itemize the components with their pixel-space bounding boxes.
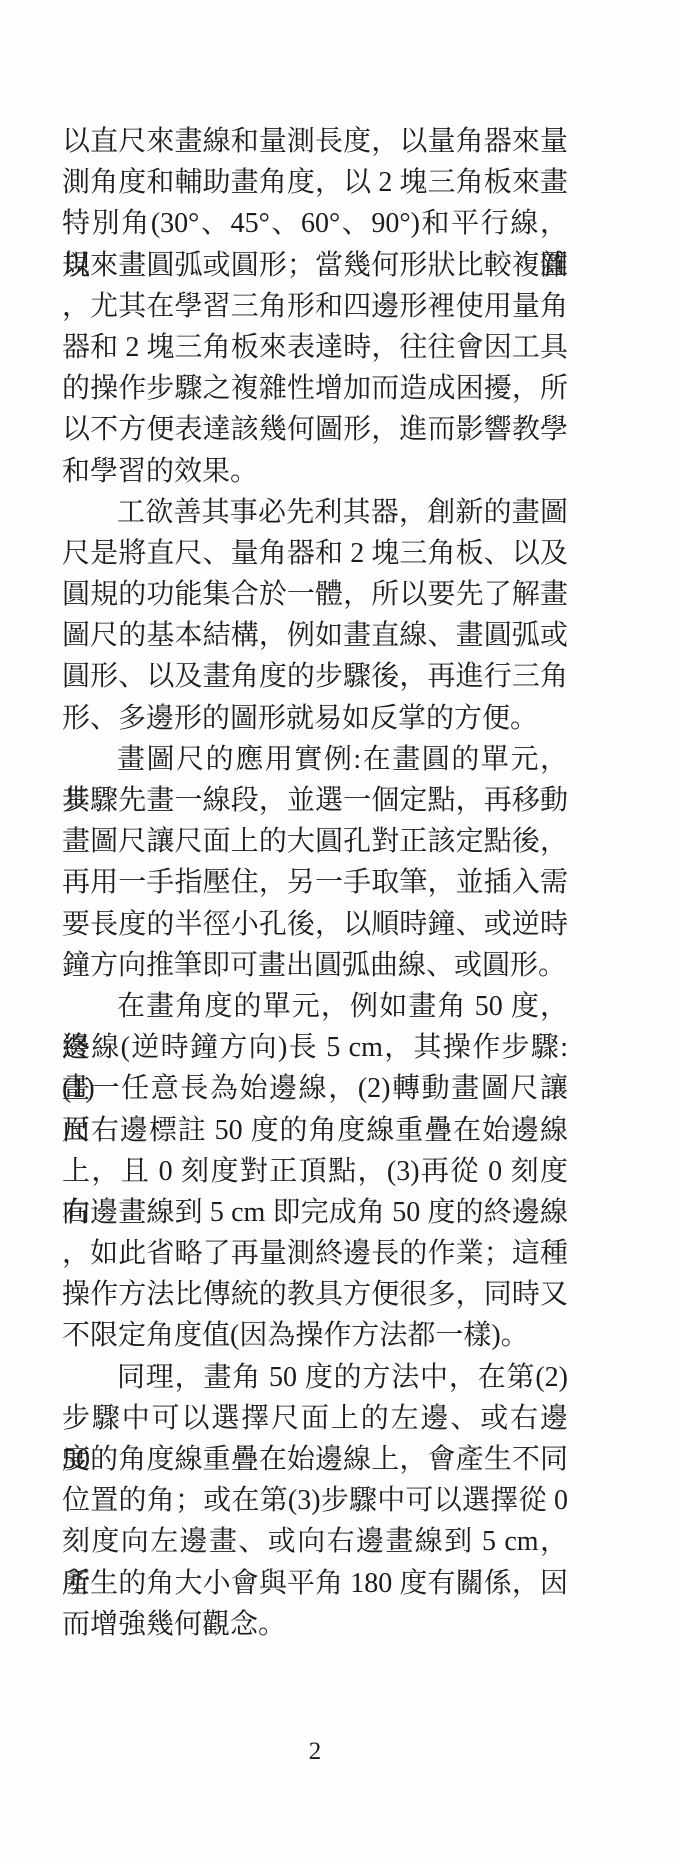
- text-line: 右邊畫線到 5 cm 即完成角 50 度的終邊線: [62, 1192, 568, 1233]
- text-line: 面右邊標註 50 度的角度線重疊在始邊線: [62, 1110, 568, 1151]
- text-line: 圖尺的基本結構，例如畫直線、畫圓弧或: [62, 615, 568, 656]
- text-line: 同理，畫角 50 度的方法中，在第(2): [62, 1357, 568, 1398]
- text-line: 以直尺來畫線和量測長度，以量角器來量: [62, 121, 568, 162]
- text-line: 和學習的效果。: [62, 451, 568, 492]
- text-line: 上，且 0 刻度對正頂點，(3)再從 0 刻度向: [62, 1151, 568, 1192]
- text-line: 位置的角；或在第(3)步驟中可以選擇從 0: [62, 1480, 568, 1521]
- text-line: 特別角(30°、45°、60°、90°)和平行線，以圓: [62, 203, 568, 244]
- text-line: 畫圖尺讓尺面上的大圓孔對正該定點後，: [62, 821, 568, 862]
- page-number: 2: [62, 1737, 568, 1767]
- text-line: 不限定角度值(因為操作方法都一樣)。: [62, 1315, 568, 1356]
- text-line: 操作方法比傳統的教具方便很多，同時又: [62, 1274, 568, 1315]
- text-block: 以直尺來畫線和量測長度，以量角器來量測角度和輔助畫角度，以 2 塊三角板來畫特別…: [62, 121, 568, 1645]
- text-line: 步驟先畫一線段，並選一個定點，再移動: [62, 780, 568, 821]
- text-line: 而增強幾何觀念。: [62, 1604, 568, 1645]
- text-line: 再用一手指壓住，另一手取筆，並插入需: [62, 862, 568, 903]
- text-line: 步驟中可以選擇尺面上的左邊、或右邊 50: [62, 1398, 568, 1439]
- text-line: ，尤其在學習三角形和四邊形裡使用量角: [62, 286, 568, 327]
- text-line: 規來畫圓弧或圓形；當幾何形狀比較複雜: [62, 245, 568, 286]
- text-line: 的操作步驟之複雜性增加而造成困擾，所: [62, 368, 568, 409]
- text-line: 測角度和輔助畫角度，以 2 塊三角板來畫: [62, 162, 568, 203]
- text-line: 尺是將直尺、量角器和 2 塊三角板、以及: [62, 533, 568, 574]
- text-line: 畫圖尺的應用實例:在畫圓的單元，其: [62, 739, 568, 780]
- text-line: 形、多邊形的圖形就易如反掌的方便。: [62, 698, 568, 739]
- text-line: 以不方便表達該幾何圖形，進而影響教學: [62, 409, 568, 450]
- text-line: 刻度向左邊畫、或向右邊畫線到 5 cm，所: [62, 1521, 568, 1562]
- text-line: 要長度的半徑小孔後，以順時鐘、或逆時: [62, 904, 568, 945]
- text-line: 畫一任意長為始邊線，(2)轉動畫圖尺讓尺: [62, 1068, 568, 1109]
- document-page: 以直尺來畫線和量測長度，以量角器來量測角度和輔助畫角度，以 2 塊三角板來畫特別…: [0, 0, 675, 1865]
- text-line: 邊線(逆時鐘方向)長 5 cm，其操作步驟:(1): [62, 1027, 568, 1068]
- text-line: 度的角度線重疊在始邊線上，會產生不同: [62, 1439, 568, 1480]
- text-line: 工欲善其事必先利其器，創新的畫圖: [62, 492, 568, 533]
- text-line: 產生的角大小會與平角 180 度有關係，因: [62, 1563, 568, 1604]
- text-line: 器和 2 塊三角板來表達時，往往會因工具: [62, 327, 568, 368]
- text-line: 圓形、以及畫角度的步驟後，再進行三角: [62, 656, 568, 697]
- text-line: 圓規的功能集合於一體，所以要先了解畫: [62, 574, 568, 615]
- text-line: ，如此省略了再量測終邊長的作業；這種: [62, 1233, 568, 1274]
- text-line: 在畫角度的單元，例如畫角 50 度，終: [62, 986, 568, 1027]
- text-line: 鐘方向推筆即可畫出圓弧曲線、或圓形。: [62, 945, 568, 986]
